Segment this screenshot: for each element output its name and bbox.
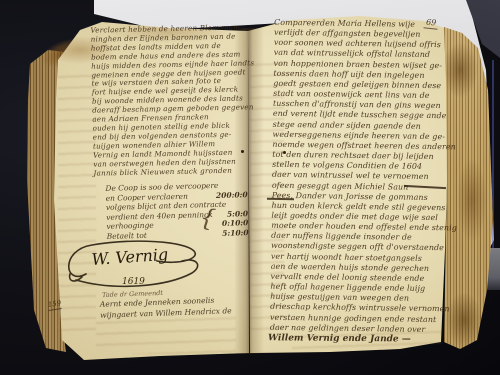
account-amount: 5:0:0 bbox=[227, 209, 248, 219]
ink-blot bbox=[241, 150, 244, 153]
ink-showthrough bbox=[96, 316, 236, 354]
ink-blot bbox=[283, 151, 286, 154]
margin-folio-note: 159 bbox=[47, 299, 62, 311]
signature-year: 1619 bbox=[122, 277, 145, 287]
signature-flourish: W. Vernig 1619 bbox=[56, 234, 212, 296]
manuscript-photo: Verclaert hebben de heeren Blom man-ning… bbox=[0, 0, 500, 375]
right-page-text-block: Compareerden Maria Hellens wijeverlijdt … bbox=[270, 18, 448, 335]
ink-showthrough bbox=[58, 70, 96, 338]
account-amount: 5:10:0 bbox=[222, 228, 249, 238]
closing-line: Willem Vernig ende Jande — bbox=[268, 333, 444, 345]
signature-name: W. Vernig bbox=[91, 245, 169, 269]
account-amount: 200:0:0 bbox=[216, 190, 248, 200]
account-block: De Coop is soo de vercoopere en Cooper v… bbox=[105, 180, 248, 241]
left-page-text-block: Verclaert hebben de heeren Blom man-ning… bbox=[90, 23, 249, 178]
